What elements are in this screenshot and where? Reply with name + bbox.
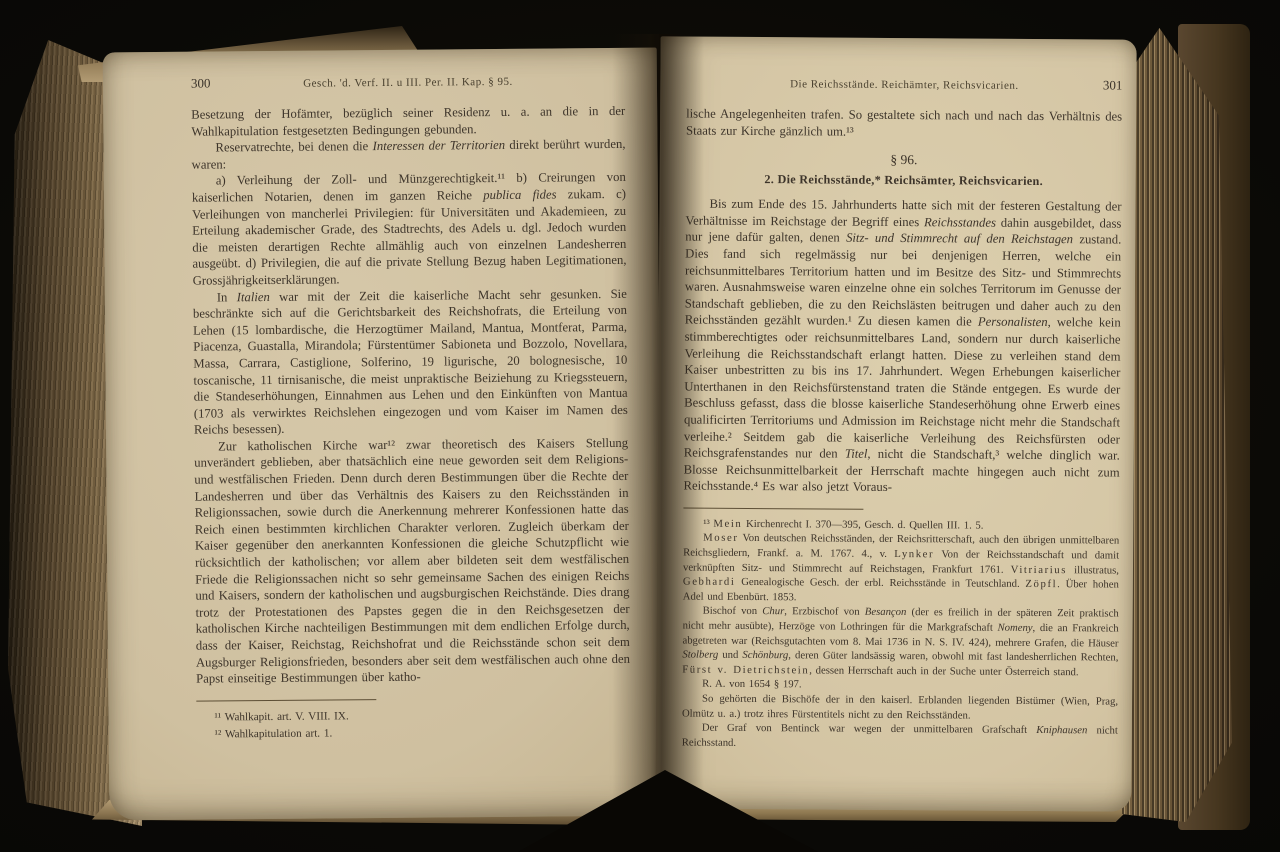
right-page-continuation: lische Angelegenheiten trafen. So gestal…	[686, 106, 1122, 142]
book-photo: 300 Gesch. 'd. Verf. II. u III. Per. II.…	[0, 0, 1280, 852]
text-run: Kniphausen	[1036, 724, 1087, 736]
left-page-number: 300	[191, 75, 243, 91]
text-run: Italien	[237, 290, 270, 304]
right-running-head: Die Reichsstände. Reichämter, Reichsvica…	[738, 78, 1070, 92]
text-run: Zur katholischen Kirche war¹² zwar theor…	[194, 436, 630, 686]
text-run: Chur	[762, 606, 784, 618]
text-run: Bischof von	[703, 605, 763, 617]
left-page-footnotes: ¹¹ Wahlkapit. art. V. VIII. IX.¹² Wahlka…	[196, 706, 630, 745]
section-number: § 96.	[686, 151, 1122, 170]
text-run: , welche kein stimmberechtigtes oder rei…	[684, 315, 1121, 460]
text-run: Sitz- und Stimmrecht auf den Reichstagen	[846, 231, 1073, 247]
text-run: , dessen Herrschaft auch in der Suche un…	[809, 664, 1078, 678]
paragraph: ¹² Wahlkapitulation art. 1.	[197, 723, 631, 744]
right-page: Die Reichsstände. Reichämter, Reichsvica…	[655, 36, 1136, 811]
right-page-number: 301	[1070, 77, 1122, 93]
section-title: 2. Die Reichsstände,* Reichsämter, Reich…	[686, 172, 1122, 190]
paragraph: Besetzung der Hofämter, bezüglich seiner…	[191, 103, 625, 140]
text-run: Besetzung der Hofämter, bezüglich seiner…	[191, 104, 625, 138]
right-page-header: Die Reichsstände. Reichämter, Reichsvica…	[686, 75, 1122, 94]
text-run: und	[718, 649, 742, 661]
paragraph: lische Angelegenheiten trafen. So gestal…	[686, 106, 1122, 142]
paragraph: a) Verleihung der Zoll- und Münzgerechti…	[192, 169, 627, 289]
paragraph: Bischof von Chur, Erzbischof von Besanço…	[682, 604, 1118, 680]
text-run: Der Graf von Bentinck war wegen der unmi…	[702, 722, 1036, 736]
right-fore-edge-pages	[1122, 28, 1232, 822]
text-run: Personalisten	[978, 315, 1048, 329]
right-page-footnotes: ¹³ Mein Kirchenrecht I. 370—395, Gesch. …	[682, 516, 1120, 753]
text-run: In	[217, 290, 237, 304]
text-run: Reservatrechte, bei denen die	[215, 139, 372, 154]
paragraph: Reservatrechte, bei denen die Interessen…	[191, 136, 625, 173]
text-run: , deren Güter landsässig waren, obwohl m…	[788, 649, 1118, 663]
paragraph: In Italien war mit der Zeit die kaiserli…	[193, 285, 628, 438]
right-footnote-rule	[683, 507, 863, 509]
left-page-text-column: 300 Gesch. 'd. Verf. II. u III. Per. II.…	[191, 72, 631, 745]
left-page-header: 300 Gesch. 'd. Verf. II. u III. Per. II.…	[191, 72, 625, 92]
text-run: Lynker	[894, 548, 934, 560]
text-run: Reichsstandes	[924, 215, 996, 230]
text-run: Interessen der Territorien	[373, 138, 506, 153]
text-run: Besançon	[865, 606, 907, 618]
text-run: Vitriarius	[1011, 563, 1067, 575]
right-page-body: Bis zum Ende des 15. Jahrhunderts hatte …	[684, 196, 1122, 498]
text-run: Kirchenrecht I. 370—395, Gesch. d. Quell…	[742, 518, 983, 532]
text-run: Schönburg	[742, 649, 788, 661]
text-run: Mein	[713, 518, 742, 530]
text-run: So gehörten die Bischöfe der in den kais…	[682, 693, 1118, 721]
right-page-text-column: Die Reichsstände. Reichämter, Reichsvica…	[682, 75, 1123, 753]
left-page-body: Besetzung der Hofämter, bezüglich seiner…	[191, 103, 630, 688]
left-running-head: Gesch. 'd. Verf. II. u III. Per. II. Kap…	[243, 75, 573, 90]
text-run: Moser	[703, 532, 738, 544]
paragraph: So gehörten die Bischöfe der in den kais…	[682, 692, 1118, 724]
left-footnote-rule	[196, 699, 376, 702]
text-run: war mit der Zeit die kaiserliche Macht s…	[193, 286, 628, 437]
text-run: , Erzbischof von	[784, 606, 865, 619]
text-run: lische Angelegenheiten trafen. So gestal…	[686, 107, 1122, 139]
paragraph: Bis zum Ende des 15. Jahrhunderts hatte …	[684, 196, 1122, 498]
text-run: ¹² Wahlkapitulation art. 1.	[215, 728, 333, 741]
paragraph: Zur katholischen Kirche war¹² zwar theor…	[194, 435, 630, 688]
text-run: R. A. von 1654 § 197.	[702, 678, 802, 691]
left-page: 300 Gesch. 'd. Verf. II. u III. Per. II.…	[103, 48, 664, 821]
text-run: Nomeny	[998, 622, 1033, 634]
text-run: Titel	[845, 447, 868, 461]
text-run: publica fides	[483, 187, 556, 202]
text-run: ¹³	[703, 518, 713, 530]
text-run: Zöpfl	[1025, 578, 1057, 590]
gutter-shadow	[612, 34, 704, 824]
text-run: ¹¹ Wahlkapit. art. V. VIII. IX.	[214, 710, 348, 723]
paragraph: Moser Von deutschen Reichsständen, der R…	[683, 531, 1119, 607]
paragraph: Der Graf von Bentinck war wegen der unmi…	[682, 721, 1118, 753]
text-run: illustratus,	[1067, 564, 1119, 576]
text-run: Genealogische Gesch. der erbl. Reichsstä…	[735, 576, 1025, 590]
